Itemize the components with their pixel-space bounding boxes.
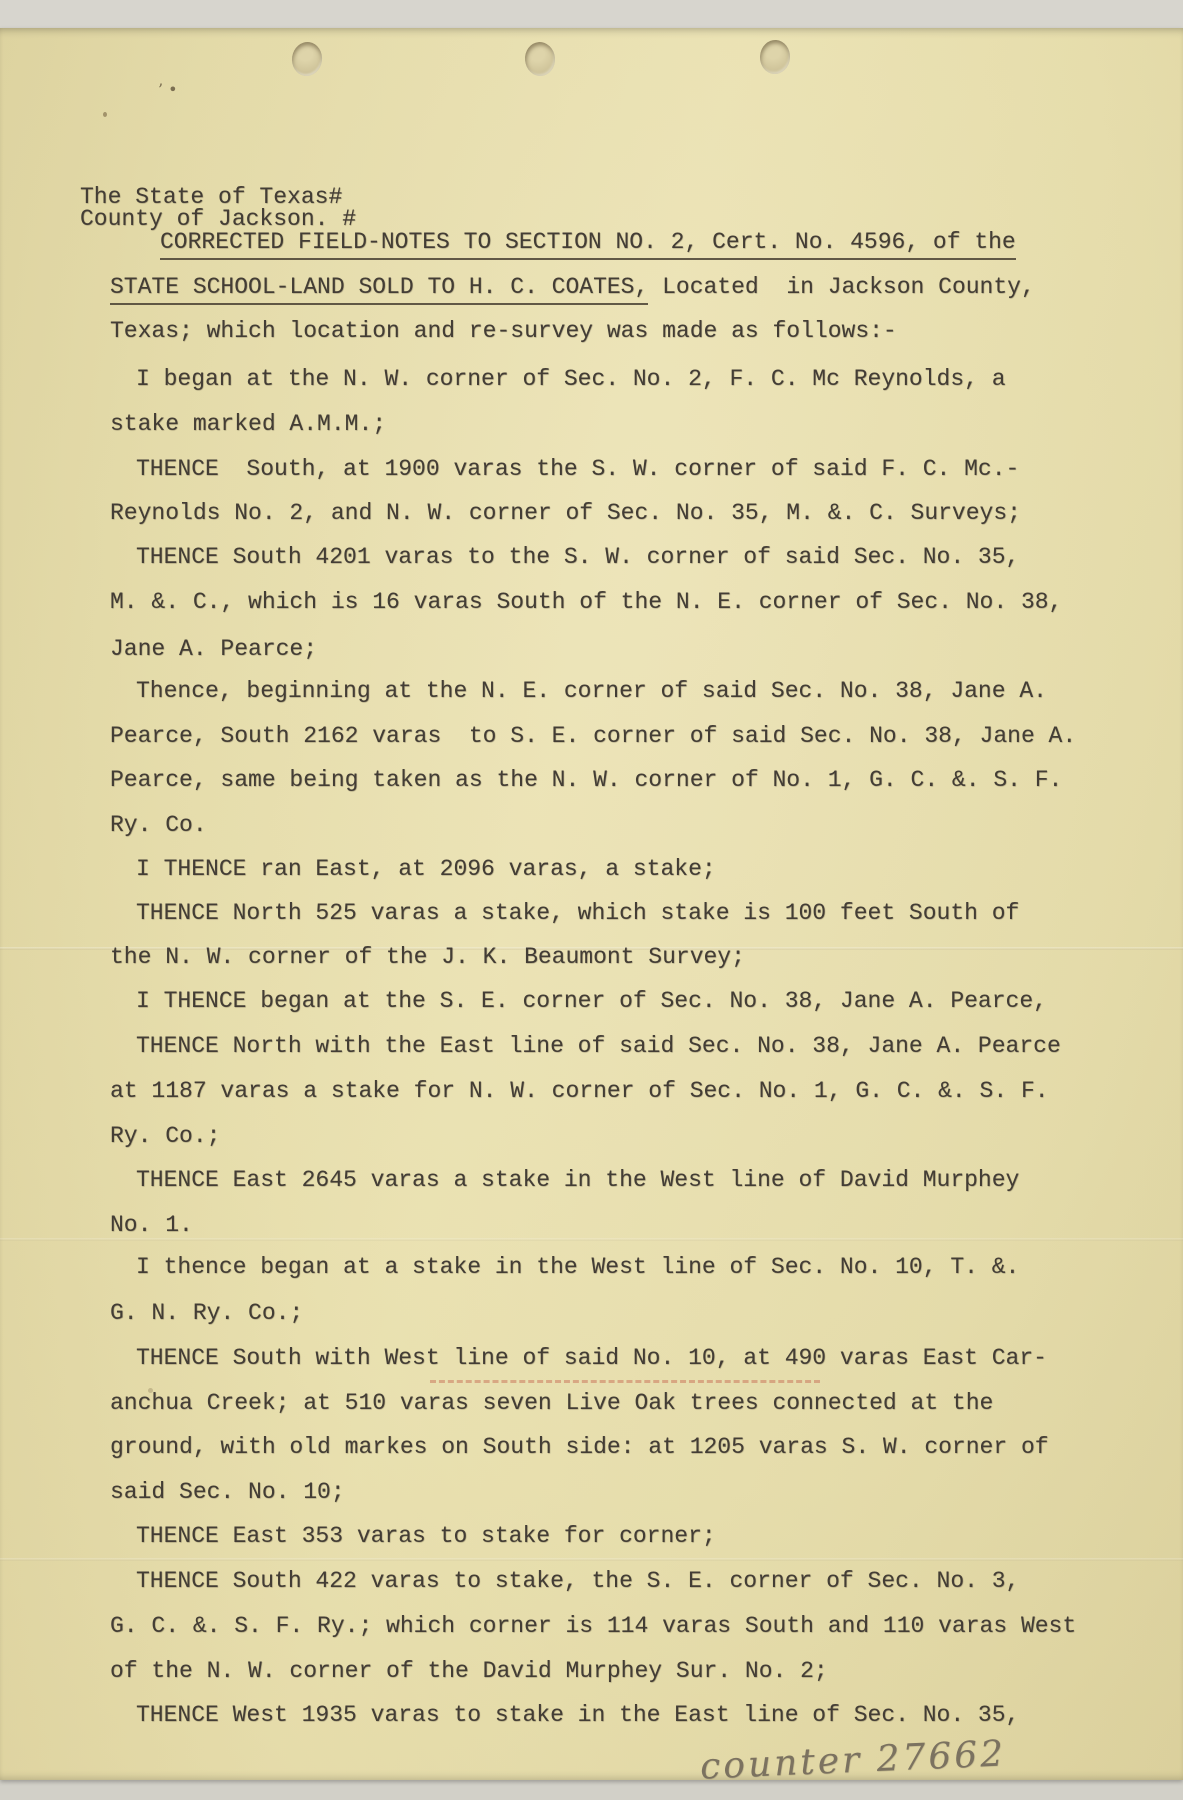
document-line: CORRECTED FIELD-NOTES TO SECTION NO. 2, … (160, 229, 1016, 260)
document-line: No. 1. (110, 1212, 193, 1238)
document-line: G. N. Ry. Co.; (110, 1300, 303, 1326)
document-line: M. &. C., which is 16 varas South of the… (110, 589, 1062, 615)
document-line: I thence began at a stake in the West li… (136, 1254, 1019, 1280)
scanned-page-background: { "document": { "kind": "typewritten-sur… (0, 0, 1183, 1800)
punch-hole (759, 39, 791, 75)
red-pencil-mark (430, 1380, 820, 1383)
document-page: ’ • The State of Texas#County of Jackson… (0, 28, 1183, 1780)
paper-speck (103, 112, 107, 117)
document-line: THENCE South 4201 varas to the S. W. cor… (136, 544, 1019, 570)
document-line: THENCE South 422 varas to stake, the S. … (136, 1568, 1019, 1594)
document-line: THENCE East 353 varas to stake for corne… (136, 1523, 716, 1549)
document-line: the N. W. corner of the J. K. Beaumont S… (110, 944, 745, 970)
paper-crease (0, 1558, 1183, 1561)
document-line: I THENCE began at the S. E. corner of Se… (136, 988, 1047, 1014)
document-line: Texas; which location and re-survey was … (110, 318, 897, 344)
document-line: ground, with old markes on South side: a… (110, 1434, 1049, 1460)
stray-pen-mark: ’ • (158, 80, 178, 99)
document-line: of the N. W. corner of the David Murphey… (110, 1658, 828, 1684)
document-line: Ry. Co.; (110, 1123, 220, 1149)
document-line: G. C. &. S. F. Ry.; which corner is 114 … (110, 1613, 1076, 1639)
document-line: Pearce, South 2162 varas to S. E. corner… (110, 723, 1076, 749)
document-line: stake marked A.M.M.; (110, 411, 386, 437)
handwritten-counter-number: counter 27662 (699, 1733, 1007, 1787)
line-text: Located in Jackson County, (648, 274, 1034, 300)
document-line: THENCE South with West line of said No. … (136, 1345, 1047, 1371)
document-line: Jane A. Pearce; (110, 636, 317, 662)
document-line: Thence, beginning at the N. E. corner of… (136, 678, 1047, 704)
document-line: THENCE East 2645 varas a stake in the We… (136, 1167, 1019, 1193)
document-line: said Sec. No. 10; (110, 1479, 345, 1505)
document-line: STATE SCHOOL-LAND SOLD TO H. C. COATES, … (110, 274, 1035, 300)
document-line: Reynolds No. 2, and N. W. corner of Sec.… (110, 500, 1021, 526)
paper-crease (0, 1238, 1183, 1241)
punch-hole (290, 40, 324, 78)
document-line: anchua Creek; at 510 varas seven Live Oa… (110, 1390, 993, 1416)
document-line: at 1187 varas a stake for N. W. corner o… (110, 1078, 1049, 1104)
punch-hole (524, 41, 557, 77)
underlined-text: STATE SCHOOL-LAND SOLD TO H. C. COATES, (110, 274, 648, 305)
document-line: THENCE North 525 varas a stake, which st… (136, 900, 1019, 926)
document-line: I THENCE ran East, at 2096 varas, a stak… (136, 856, 716, 882)
document-line: THENCE North with the East line of said … (136, 1033, 1061, 1059)
document-line: THENCE South, at 1900 varas the S. W. co… (136, 456, 1019, 482)
document-line: I began at the N. W. corner of Sec. No. … (136, 366, 1006, 392)
document-line: THENCE West 1935 varas to stake in the E… (136, 1702, 1019, 1728)
document-line: Ry. Co. (110, 812, 207, 838)
document-line: Pearce, same being taken as the N. W. co… (110, 767, 1062, 793)
